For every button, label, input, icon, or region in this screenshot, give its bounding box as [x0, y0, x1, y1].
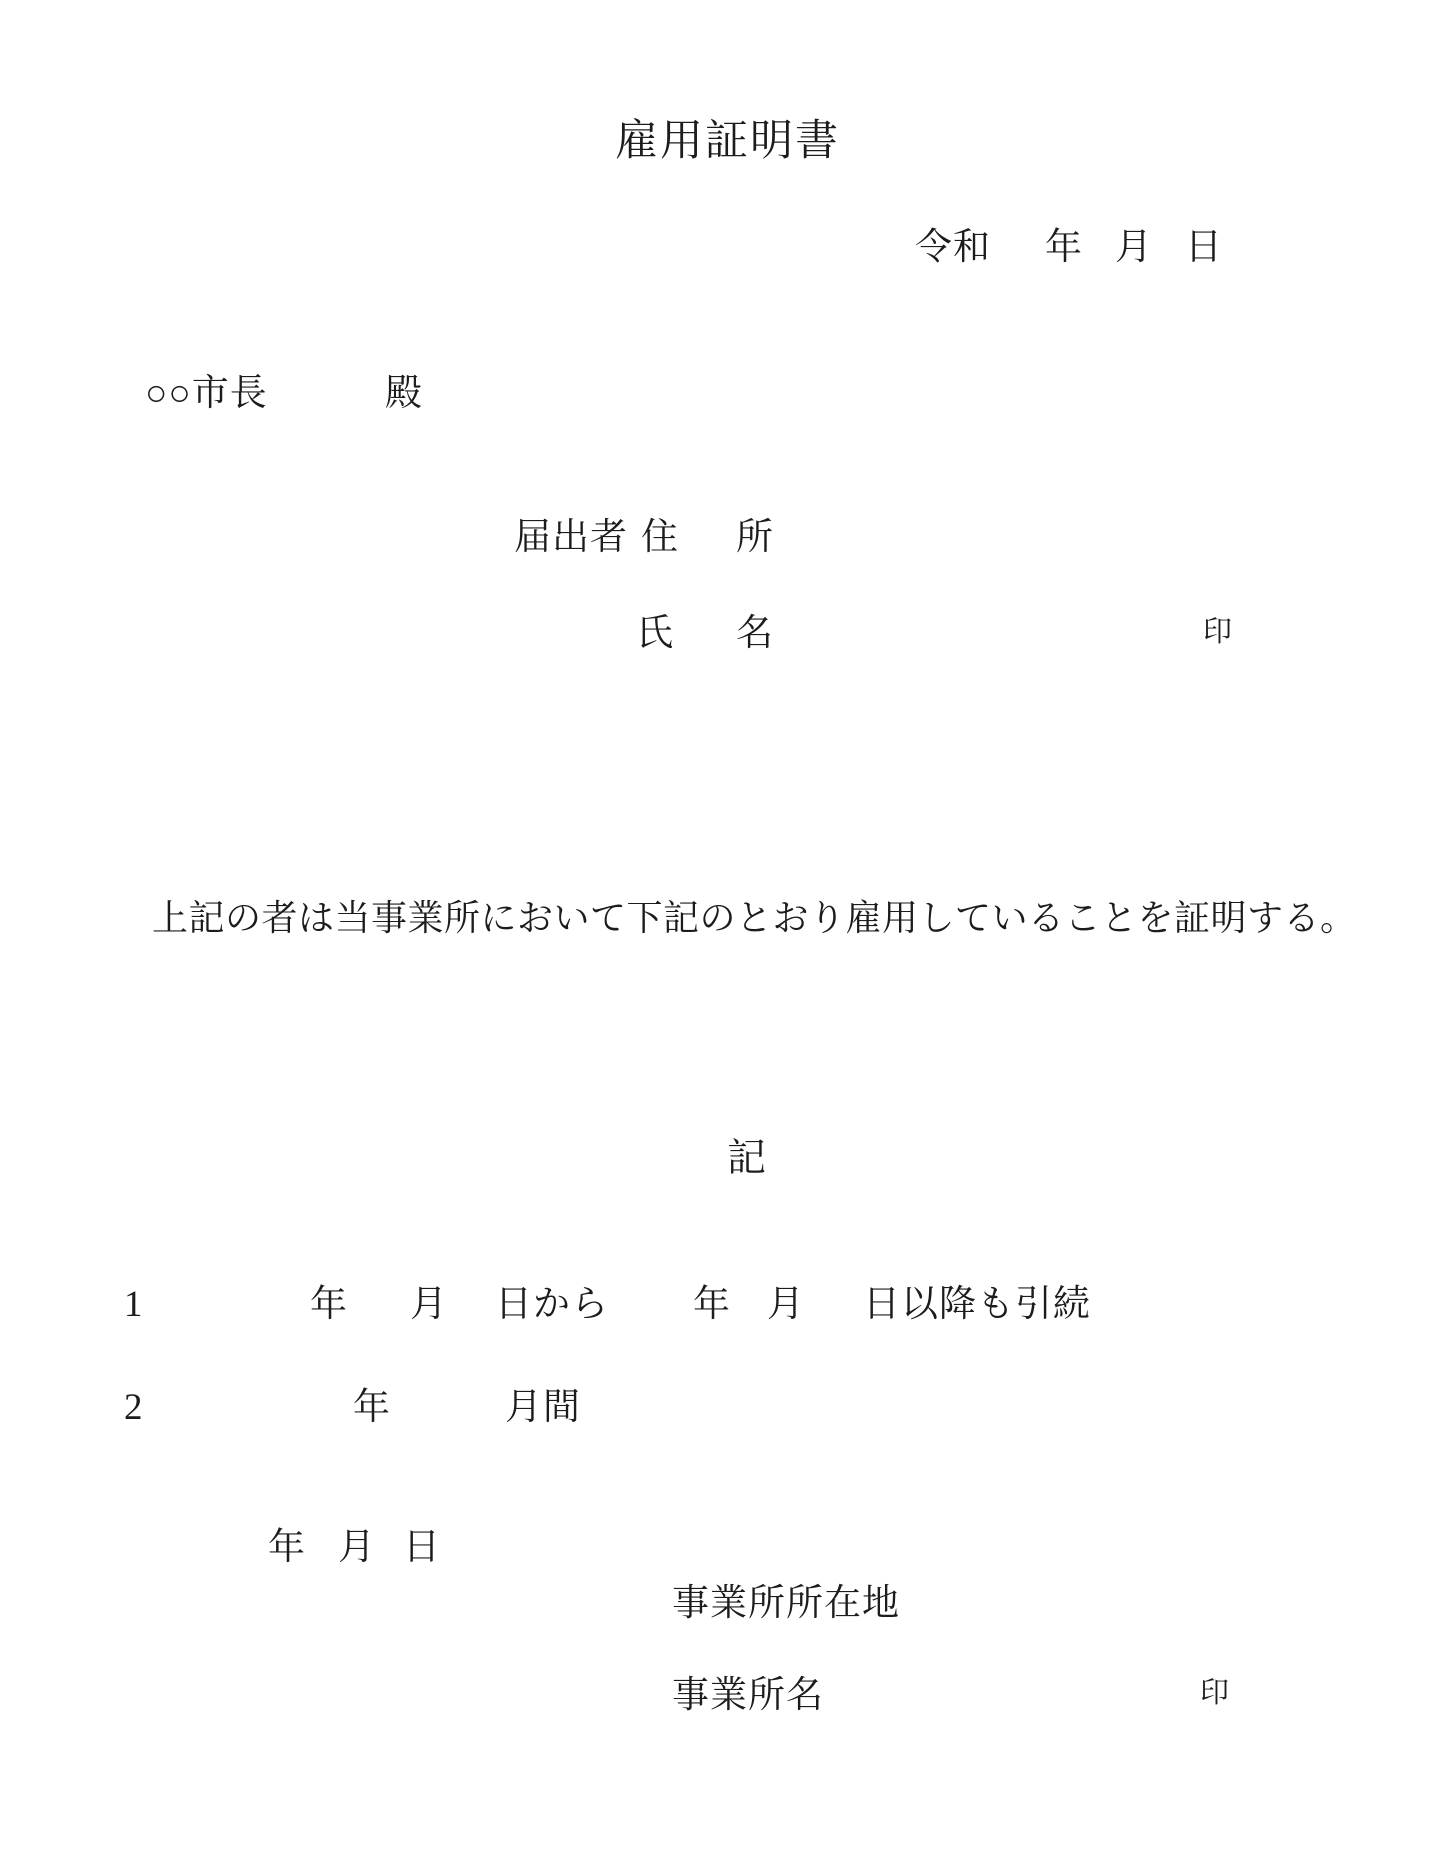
employment-certificate-document: 雇用証明書 令和 年 月 日 ○○市長 殿 届出者 住 所 氏 名 印 上記の者…: [0, 0, 1455, 1870]
address-label-1: 住: [641, 518, 679, 559]
item-1-year-to: 年: [693, 1285, 731, 1326]
item-1-day-to: 日以降も引続: [863, 1285, 1091, 1326]
certification-statement: 上記の者は当事業所において下記のとおり雇用していることを証明する。: [152, 899, 1357, 939]
declarant-seal-label: 印: [1203, 617, 1233, 649]
footer-year-label: 年: [268, 1528, 306, 1569]
date-month-label: 月: [1115, 228, 1153, 269]
footer-month-label: 月: [338, 1528, 376, 1569]
note-marker: 記: [727, 1138, 767, 1181]
item-2-year: 年: [353, 1388, 391, 1429]
date-era-label: 令和: [915, 228, 991, 269]
item-2-number: 2: [124, 1388, 144, 1429]
date-day-label: 日: [1185, 228, 1223, 269]
office-name-label: 事業所名: [672, 1676, 824, 1717]
recipient-name: ○○市長: [145, 374, 268, 415]
item-2-months: 月間: [505, 1388, 581, 1429]
item-1-year-from: 年: [310, 1285, 348, 1326]
name-label-1: 氏: [636, 614, 674, 655]
document-title: 雇用証明書: [0, 118, 1455, 165]
date-year-label: 年: [1045, 228, 1083, 269]
item-1-day-from: 日から: [495, 1285, 609, 1326]
recipient-honorific: 殿: [385, 374, 423, 415]
name-label-2: 名: [736, 614, 774, 655]
office-seal-label: 印: [1200, 1678, 1230, 1710]
item-1-month-to: 月: [767, 1285, 805, 1326]
address-label-2: 所: [736, 518, 774, 559]
declarant-label: 届出者: [514, 518, 628, 559]
item-1-number: 1: [124, 1285, 144, 1326]
item-1-month-from: 月: [410, 1285, 448, 1326]
office-address-label: 事業所所在地: [672, 1584, 900, 1625]
footer-day-label: 日: [403, 1528, 441, 1569]
